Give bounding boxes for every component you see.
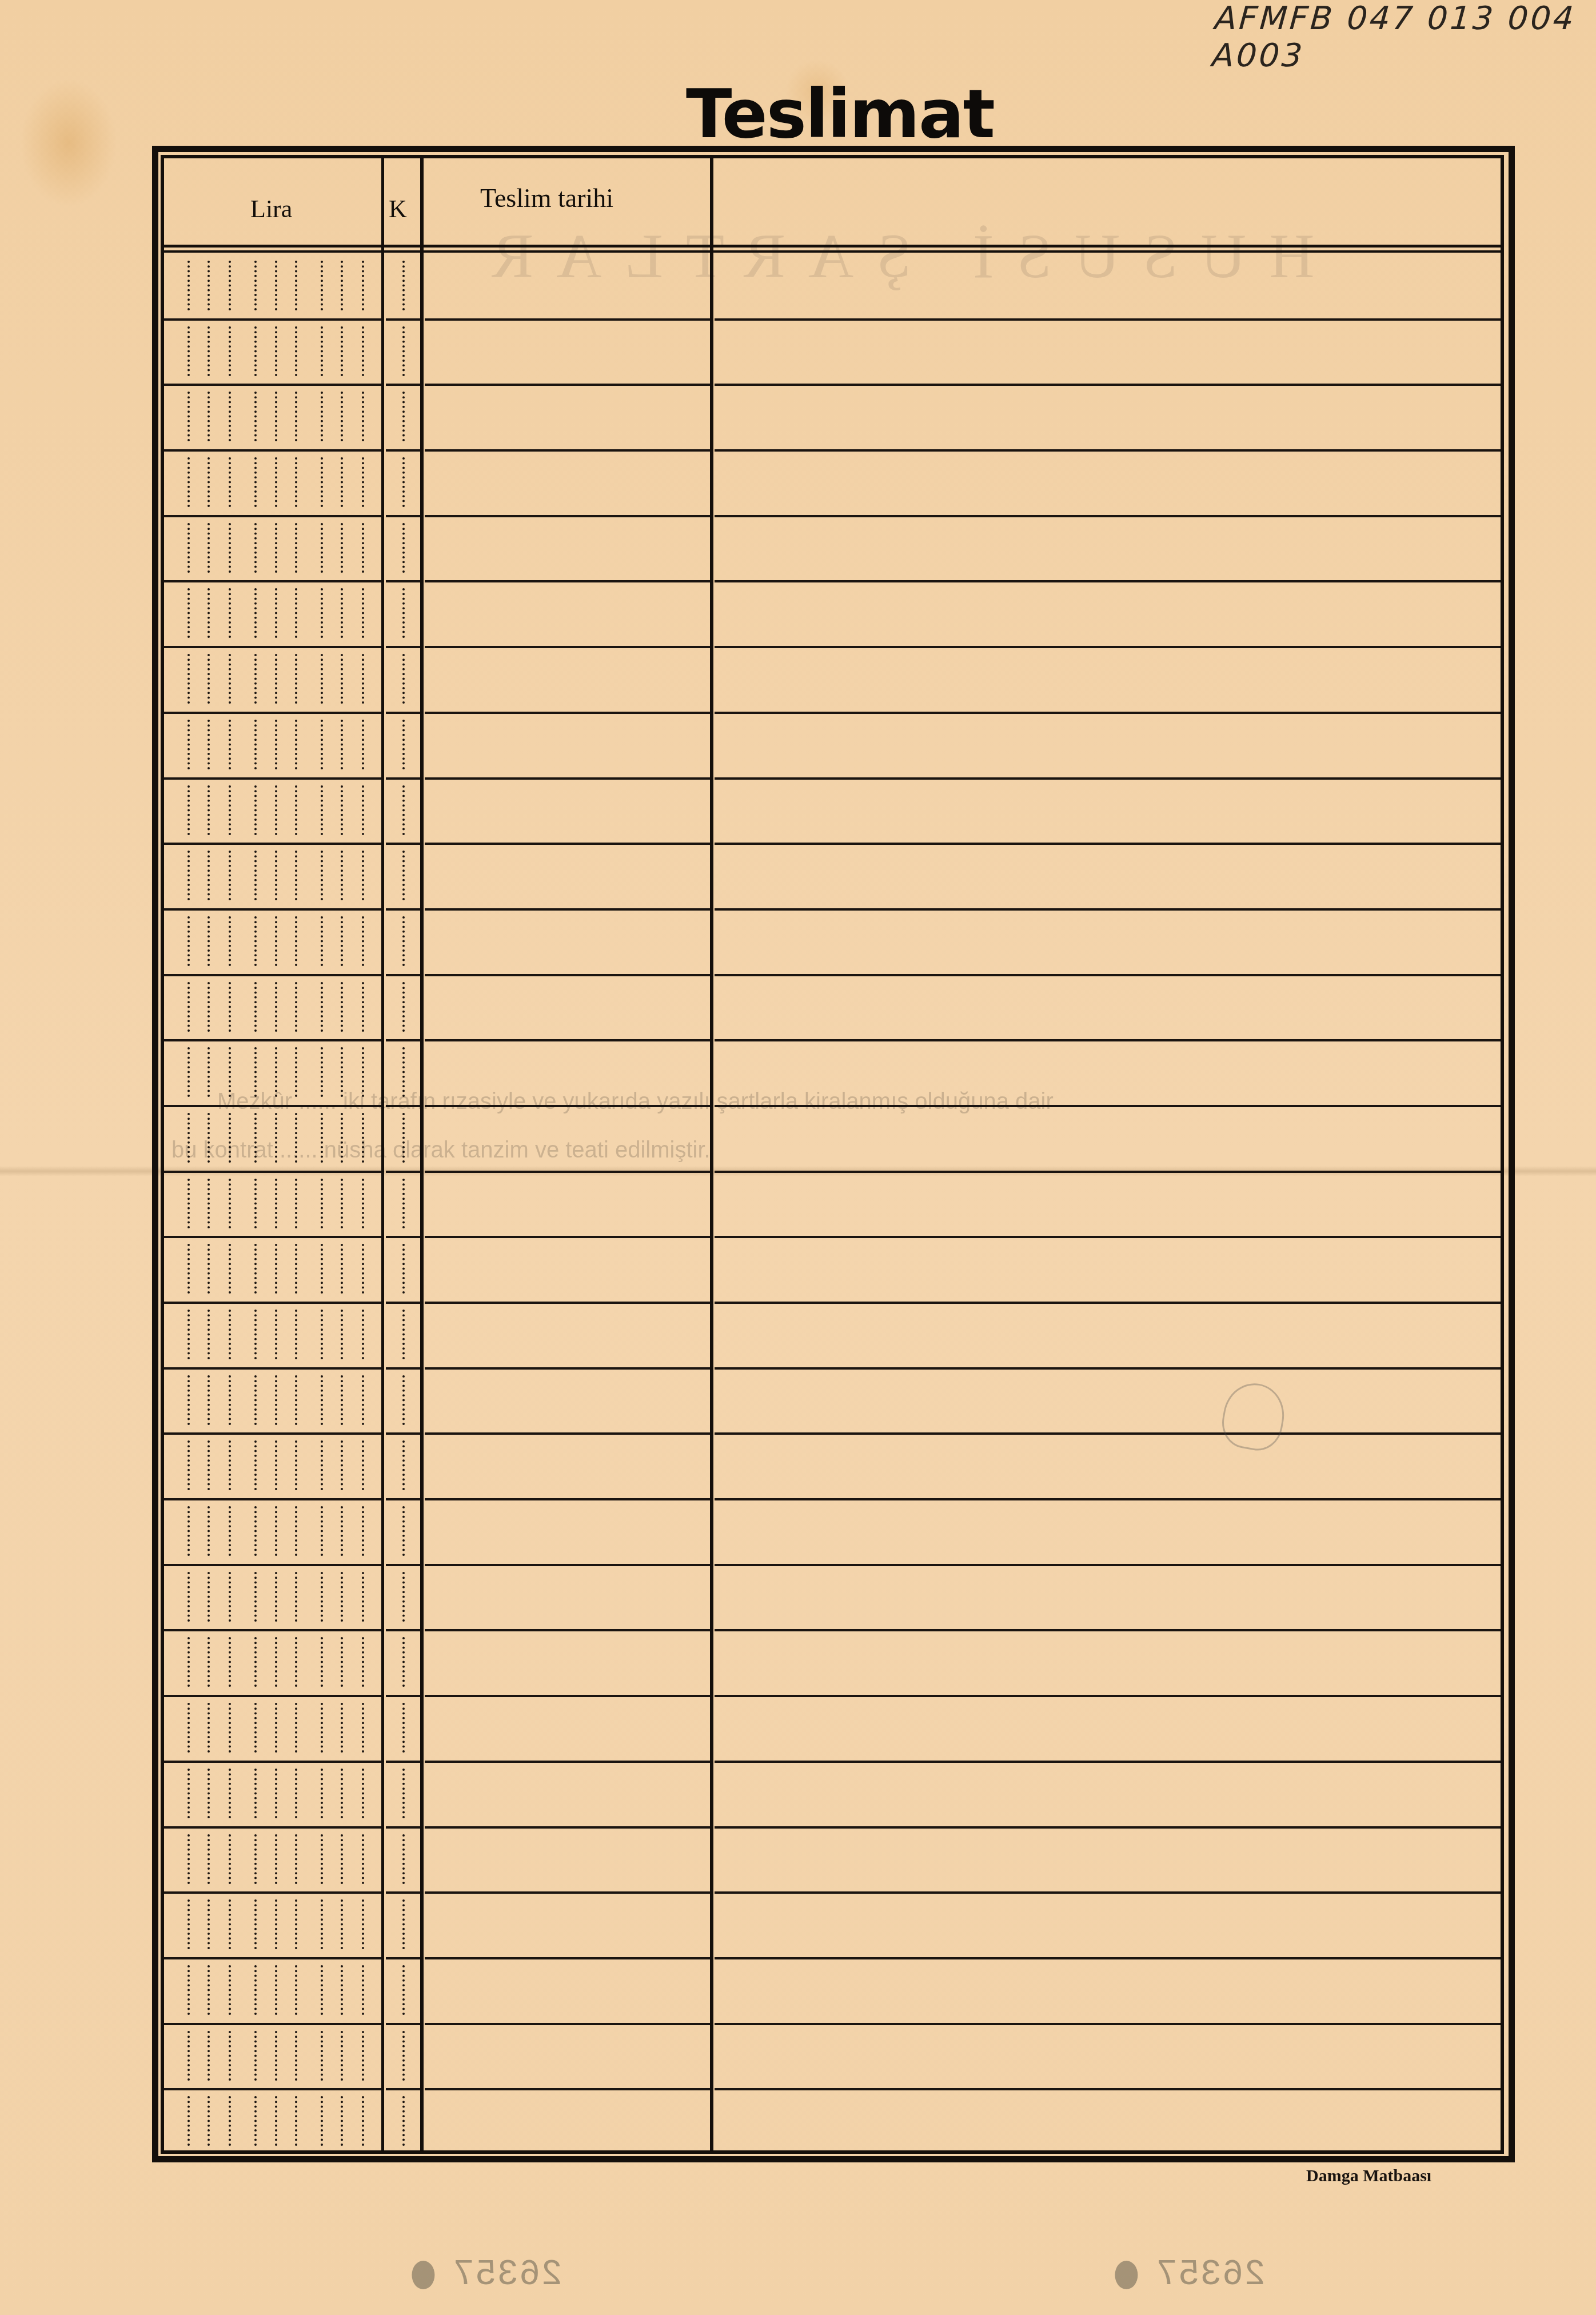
row-rule [425, 1236, 710, 1238]
row-rule [425, 1367, 710, 1370]
dotted-guide [341, 326, 343, 376]
dotted-guide [402, 916, 405, 966]
dotted-guide [321, 1637, 323, 1687]
dotted-guide [321, 1572, 323, 1622]
dotted-guide [402, 1047, 405, 1097]
row-rule [386, 908, 420, 911]
dotted-guide [187, 457, 190, 507]
dotted-guide [321, 1965, 323, 2015]
dotted-guide [229, 588, 231, 638]
dotted-guide [341, 1440, 343, 1490]
dotted-guide [295, 851, 297, 900]
dotted-guide [402, 1703, 405, 1753]
printer-imprint: Damga Matbaası [1306, 2166, 1431, 2186]
row-rule [425, 515, 710, 517]
header-divider-bottom [164, 250, 1501, 253]
dotted-guide [321, 261, 323, 310]
dotted-guide [321, 1899, 323, 1949]
row-rule [715, 1367, 1501, 1370]
dotted-guide [254, 1179, 257, 1228]
dotted-guide [254, 1965, 257, 2015]
dotted-guide [208, 1375, 210, 1425]
dotted-guide [362, 916, 364, 966]
dotted-guide [187, 916, 190, 966]
row-rule [164, 1564, 381, 1566]
row-rule [386, 449, 420, 452]
row-rule [386, 1171, 420, 1173]
dotted-guide [362, 1375, 364, 1425]
dotted-guide [275, 1572, 277, 1622]
dotted-guide [229, 654, 231, 704]
dotted-guide [362, 1637, 364, 1687]
dotted-guide [321, 1310, 323, 1359]
dotted-guide [275, 588, 277, 638]
row-rule [425, 1498, 710, 1500]
dotted-guide [208, 2031, 210, 2081]
row-rule [164, 974, 381, 976]
row-rule [425, 318, 710, 321]
bullet-icon [412, 2261, 434, 2289]
dotted-guide [229, 1310, 231, 1359]
dotted-guide [341, 261, 343, 310]
dotted-guide [402, 1440, 405, 1490]
dotted-guide [341, 523, 343, 573]
dotted-guide [321, 1047, 323, 1097]
row-rule [386, 384, 420, 386]
dotted-guide [362, 2031, 364, 2081]
row-rule [164, 449, 381, 452]
dotted-guide [254, 851, 257, 900]
dotted-guide [208, 654, 210, 704]
row-rule [715, 1498, 1501, 1500]
dotted-guide [295, 785, 297, 835]
dotted-guide [295, 1113, 297, 1163]
dotted-guide [254, 1769, 257, 1818]
dotted-guide [254, 1244, 257, 1294]
dotted-guide [275, 1899, 277, 1949]
row-rule [164, 843, 381, 845]
dotted-guide [321, 785, 323, 835]
row-rule [164, 1498, 381, 1500]
dotted-guide [362, 392, 364, 441]
dotted-guide [402, 588, 405, 638]
dotted-guide [295, 392, 297, 441]
dotted-guide [295, 1506, 297, 1556]
row-rule [425, 1564, 710, 1566]
dotted-guide [254, 654, 257, 704]
dotted-guide [208, 1047, 210, 1097]
row-rule [715, 1695, 1501, 1697]
dotted-guide [187, 1965, 190, 2015]
row-rule [715, 449, 1501, 452]
dotted-guide [295, 720, 297, 769]
dotted-guide [254, 916, 257, 966]
dotted-guide [321, 982, 323, 1032]
dotted-guide [275, 1769, 277, 1818]
dotted-guide [362, 1310, 364, 1359]
dotted-guide [208, 916, 210, 966]
dotted-guide [341, 588, 343, 638]
dotted-guide [275, 1310, 277, 1359]
dotted-guide [341, 457, 343, 507]
row-rule [425, 449, 710, 452]
dotted-guide [229, 392, 231, 441]
dotted-guide [402, 785, 405, 835]
row-rule [425, 2023, 710, 2025]
dotted-guide [341, 654, 343, 704]
dotted-guide [402, 457, 405, 507]
dotted-guide [187, 1637, 190, 1687]
header-lira: Lira [250, 194, 292, 223]
dotted-guide [362, 1440, 364, 1490]
dotted-guide [208, 1899, 210, 1949]
dotted-guide [187, 1506, 190, 1556]
row-rule [164, 2023, 381, 2025]
dotted-guide [402, 1506, 405, 1556]
dotted-guide [275, 326, 277, 376]
dotted-guide [362, 457, 364, 507]
row-rule [425, 974, 710, 976]
dotted-guide [275, 1244, 277, 1294]
dotted-guide [295, 1834, 297, 1884]
dotted-guide [187, 1047, 190, 1097]
dotted-guide [362, 326, 364, 376]
dotted-guide [229, 2031, 231, 2081]
dotted-guide [362, 1113, 364, 1163]
dotted-guide [362, 1506, 364, 1556]
dotted-guide [341, 851, 343, 900]
row-rule [425, 580, 710, 582]
dotted-guide [275, 523, 277, 573]
row-rule [425, 1761, 710, 1763]
row-rule [386, 2088, 420, 2090]
dotted-guide [229, 785, 231, 835]
dotted-guide [254, 588, 257, 638]
dotted-guide [402, 1179, 405, 1228]
dotted-guide [275, 720, 277, 769]
row-rule [386, 580, 420, 582]
dotted-guide [229, 457, 231, 507]
dotted-guide [362, 1899, 364, 1949]
serial-text: 26357 [452, 2253, 561, 2292]
row-rule [164, 1367, 381, 1370]
row-rule [386, 1236, 420, 1238]
dotted-guide [208, 982, 210, 1032]
header-kurus: K [389, 194, 407, 223]
dotted-guide [187, 1703, 190, 1753]
archive-id: AFMFB 047 013 004 A003 [1214, 0, 1596, 40]
row-rule [386, 1564, 420, 1566]
row-rule [715, 974, 1501, 976]
dotted-guide [341, 916, 343, 966]
dotted-guide [295, 2031, 297, 2081]
dotted-guide [275, 2031, 277, 2081]
dotted-guide [229, 1899, 231, 1949]
row-rule [164, 1105, 381, 1107]
dotted-guide [254, 1899, 257, 1949]
row-rule [386, 515, 420, 517]
dotted-guide [341, 392, 343, 441]
dotted-guide [229, 1113, 231, 1163]
dotted-guide [321, 1769, 323, 1818]
row-rule [715, 1957, 1501, 1959]
dotted-guide [208, 523, 210, 573]
dotted-guide [275, 1834, 277, 1884]
row-rule [164, 1171, 381, 1173]
row-rule [386, 1039, 420, 1041]
row-rule [425, 1105, 710, 1107]
dotted-guide [362, 1047, 364, 1097]
dotted-guide [254, 1703, 257, 1753]
dotted-guide [341, 982, 343, 1032]
dotted-guide [295, 523, 297, 573]
row-rule [386, 1629, 420, 1631]
dotted-guide [321, 720, 323, 769]
dotted-guide [402, 1965, 405, 2015]
dotted-guide [341, 1113, 343, 1163]
row-rule [715, 1761, 1501, 1763]
dotted-guide [275, 654, 277, 704]
dotted-guide [321, 326, 323, 376]
dotted-guide [341, 1506, 343, 1556]
dotted-guide [402, 1572, 405, 1622]
row-rule [715, 1171, 1501, 1173]
dotted-guide [362, 1703, 364, 1753]
dotted-guide [341, 1375, 343, 1425]
dotted-guide [254, 1047, 257, 1097]
dotted-guide [254, 326, 257, 376]
dotted-guide [341, 1179, 343, 1228]
dotted-guide [402, 392, 405, 441]
dotted-guide [341, 1834, 343, 1884]
serial-number-right: 26357 [1115, 2252, 1264, 2293]
dotted-guide [187, 1769, 190, 1818]
dotted-guide [208, 851, 210, 900]
dotted-guide [295, 261, 297, 310]
dotted-guide [295, 982, 297, 1032]
dotted-guide [229, 1769, 231, 1818]
dotted-guide [321, 457, 323, 507]
dotted-guide [254, 261, 257, 310]
dotted-guide [187, 720, 190, 769]
row-rule [164, 384, 381, 386]
dotted-guide [208, 1506, 210, 1556]
row-rule [715, 2088, 1501, 2090]
dotted-guide [402, 654, 405, 704]
dotted-guide [254, 1834, 257, 1884]
dotted-guide [275, 1440, 277, 1490]
row-rule [715, 318, 1501, 321]
row-rule [425, 712, 710, 714]
dotted-guide [254, 392, 257, 441]
dotted-guide [321, 2096, 323, 2146]
row-rule [715, 646, 1501, 648]
dotted-guide [341, 1899, 343, 1949]
row-rule [425, 1039, 710, 1041]
row-rule [164, 1432, 381, 1435]
row-rule [425, 384, 710, 386]
dotted-guide [254, 785, 257, 835]
row-rule [715, 515, 1501, 517]
row-rule [425, 1826, 710, 1829]
dotted-guide [402, 720, 405, 769]
dotted-guide [229, 1834, 231, 1884]
dotted-guide [275, 1375, 277, 1425]
dotted-guide [208, 261, 210, 310]
serial-text: 26357 [1155, 2253, 1264, 2292]
dotted-guide [187, 1244, 190, 1294]
row-rule [386, 646, 420, 648]
dotted-guide [254, 1637, 257, 1687]
dotted-guide [254, 1440, 257, 1490]
dotted-guide [208, 1965, 210, 2015]
dotted-guide [321, 1834, 323, 1884]
row-rule [425, 2088, 710, 2090]
row-rule [386, 1432, 420, 1435]
dotted-guide [321, 1440, 323, 1490]
dotted-guide [229, 982, 231, 1032]
row-rule [425, 1629, 710, 1631]
dotted-guide [187, 982, 190, 1032]
dotted-guide [295, 1244, 297, 1294]
dotted-guide [254, 523, 257, 573]
dotted-guide [229, 1506, 231, 1556]
dotted-guide [295, 1703, 297, 1753]
dotted-guide [208, 1113, 210, 1163]
dotted-guide [254, 1310, 257, 1359]
row-rule [386, 1695, 420, 1697]
row-rule [164, 712, 381, 714]
dotted-guide [187, 392, 190, 441]
dotted-guide [295, 1310, 297, 1359]
row-rule [425, 1891, 710, 1894]
dotted-guide [402, 1375, 405, 1425]
row-rule [386, 974, 420, 976]
dotted-guide [295, 1047, 297, 1097]
dotted-guide [229, 1375, 231, 1425]
dotted-guide [362, 1834, 364, 1884]
dotted-guide [321, 1113, 323, 1163]
dotted-guide [187, 851, 190, 900]
dotted-guide [254, 1375, 257, 1425]
row-rule [715, 1039, 1501, 1041]
dotted-guide [321, 851, 323, 900]
row-rule [386, 843, 420, 845]
dotted-guide [208, 785, 210, 835]
dotted-guide [229, 1244, 231, 1294]
dotted-guide [295, 1769, 297, 1818]
dotted-guide [208, 1179, 210, 1228]
column-divider-k-date [420, 158, 424, 2154]
row-rule [715, 1891, 1501, 1894]
row-rule [164, 1761, 381, 1763]
dotted-guide [321, 1244, 323, 1294]
dotted-guide [295, 1375, 297, 1425]
dotted-guide [362, 785, 364, 835]
row-rule [715, 1105, 1501, 1107]
row-rule [715, 580, 1501, 582]
row-rule [164, 2088, 381, 2090]
dotted-guide [187, 2031, 190, 2081]
dotted-guide [295, 1179, 297, 1228]
dotted-guide [229, 523, 231, 573]
dotted-guide [402, 851, 405, 900]
dotted-guide [295, 1440, 297, 1490]
row-rule [164, 1891, 381, 1894]
dotted-guide [402, 1637, 405, 1687]
dotted-guide [402, 1113, 405, 1163]
row-rule [386, 1105, 420, 1107]
dotted-guide [295, 1637, 297, 1687]
dotted-guide [321, 916, 323, 966]
dotted-guide [229, 1637, 231, 1687]
row-rule [164, 1695, 381, 1697]
dotted-guide [362, 982, 364, 1032]
dotted-guide [362, 851, 364, 900]
row-rule [715, 1629, 1501, 1631]
dotted-guide [187, 785, 190, 835]
dotted-guide [341, 2031, 343, 2081]
dotted-guide [254, 720, 257, 769]
dotted-guide [229, 851, 231, 900]
row-rule [715, 1564, 1501, 1566]
row-rule [715, 1236, 1501, 1238]
dotted-guide [187, 2096, 190, 2146]
dotted-guide [341, 2096, 343, 2146]
dotted-guide [275, 261, 277, 310]
dotted-guide [402, 2096, 405, 2146]
dotted-guide [229, 1179, 231, 1228]
dotted-guide [295, 1572, 297, 1622]
dotted-guide [321, 654, 323, 704]
dotted-guide [275, 1179, 277, 1228]
dotted-guide [321, 588, 323, 638]
dotted-guide [254, 2031, 257, 2081]
dotted-guide [208, 1834, 210, 1884]
dotted-guide [362, 588, 364, 638]
dotted-guide [187, 1899, 190, 1949]
dotted-guide [362, 261, 364, 310]
dotted-guide [208, 326, 210, 376]
dotted-guide [402, 1769, 405, 1818]
dotted-guide [229, 326, 231, 376]
row-rule [715, 1432, 1501, 1435]
dotted-guide [402, 261, 405, 310]
dotted-guide [229, 916, 231, 966]
row-rule [386, 1302, 420, 1304]
dotted-guide [362, 1244, 364, 1294]
dotted-guide [254, 1113, 257, 1163]
dotted-guide [402, 1310, 405, 1359]
dotted-guide [402, 523, 405, 573]
dotted-guide [275, 457, 277, 507]
dotted-guide [362, 654, 364, 704]
row-rule [164, 1039, 381, 1041]
dotted-guide [321, 1703, 323, 1753]
dotted-guide [402, 1834, 405, 1884]
dotted-guide [208, 392, 210, 441]
page-title: Teslimat [686, 80, 972, 147]
dotted-guide [362, 2096, 364, 2146]
column-divider-date-main [710, 158, 713, 2154]
dotted-guide [229, 261, 231, 310]
dotted-guide [321, 1179, 323, 1228]
dotted-guide [254, 2096, 257, 2146]
serial-number-left: 26357 [412, 2252, 561, 2293]
dotted-guide [254, 982, 257, 1032]
dotted-guide [187, 654, 190, 704]
dotted-guide [402, 982, 405, 1032]
